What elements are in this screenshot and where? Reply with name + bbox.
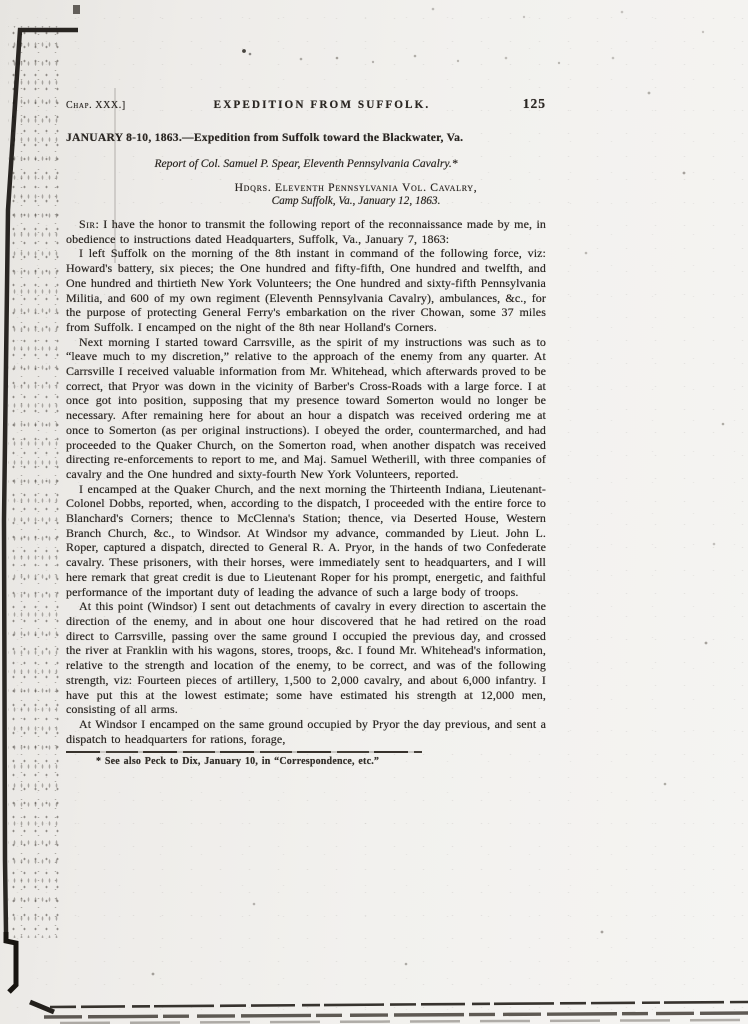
- footnote: * See also Peck to Dix, January 10, in “…: [66, 756, 546, 767]
- scan-bottom-streak-1: [50, 1002, 748, 1007]
- page-number: 125: [486, 96, 546, 112]
- scan-noise-band-left: [8, 26, 62, 938]
- running-header: Chap. XXX.] EXPEDITION FROM SUFFOLK. 125: [66, 96, 546, 112]
- scan-bottom-streak-3: [60, 1020, 748, 1023]
- dateline-block: Hdqrs. Eleventh Pennsylvania Vol. Cavalr…: [66, 181, 546, 208]
- body-paragraph-1: Sir: I have the honor to transmit the fo…: [66, 217, 546, 246]
- article-headline: JANUARY 8-10, 1863.—Expedition from Suff…: [66, 131, 546, 144]
- running-title: EXPEDITION FROM SUFFOLK.: [158, 99, 486, 111]
- body-paragraph-2: I left Suffolk on the morning of the 8th…: [66, 246, 546, 334]
- dust-specks: [0, 0, 2, 2]
- scan-bottom-left-bracket: [6, 932, 16, 992]
- dateline-headquarters: Hdqrs. Eleventh Pennsylvania Vol. Cavalr…: [166, 181, 546, 195]
- scanned-document-page: Chap. XXX.] EXPEDITION FROM SUFFOLK. 125…: [0, 0, 748, 1024]
- article-byline: Report of Col. Samuel P. Spear, Eleventh…: [66, 157, 546, 170]
- page-content: Chap. XXX.] EXPEDITION FROM SUFFOLK. 125…: [66, 96, 546, 767]
- salutation: Sir: [79, 217, 95, 231]
- footnote-separator-rule: [66, 751, 422, 753]
- body-paragraph-6: At Windsor I encamped on the same ground…: [66, 717, 546, 746]
- body-paragraph-1-text: : I have the honor to transmit the follo…: [66, 217, 546, 246]
- dateline-place-date: Camp Suffolk, Va., January 12, 1863.: [166, 195, 546, 209]
- chapter-label: Chap. XXX.]: [66, 100, 158, 111]
- body-paragraph-5: At this point (Windsor) I sent out detac…: [66, 599, 546, 717]
- report-body: Sir: I have the honor to transmit the fo…: [66, 217, 546, 746]
- scan-top-mark: [73, 5, 80, 14]
- scan-bottom-streak-2: [44, 1013, 748, 1017]
- body-paragraph-3: Next morning I started toward Carrsville…: [66, 335, 546, 482]
- scan-bottom-diagonal: [30, 1002, 54, 1012]
- body-paragraph-4: I encamped at the Quaker Church, and the…: [66, 482, 546, 600]
